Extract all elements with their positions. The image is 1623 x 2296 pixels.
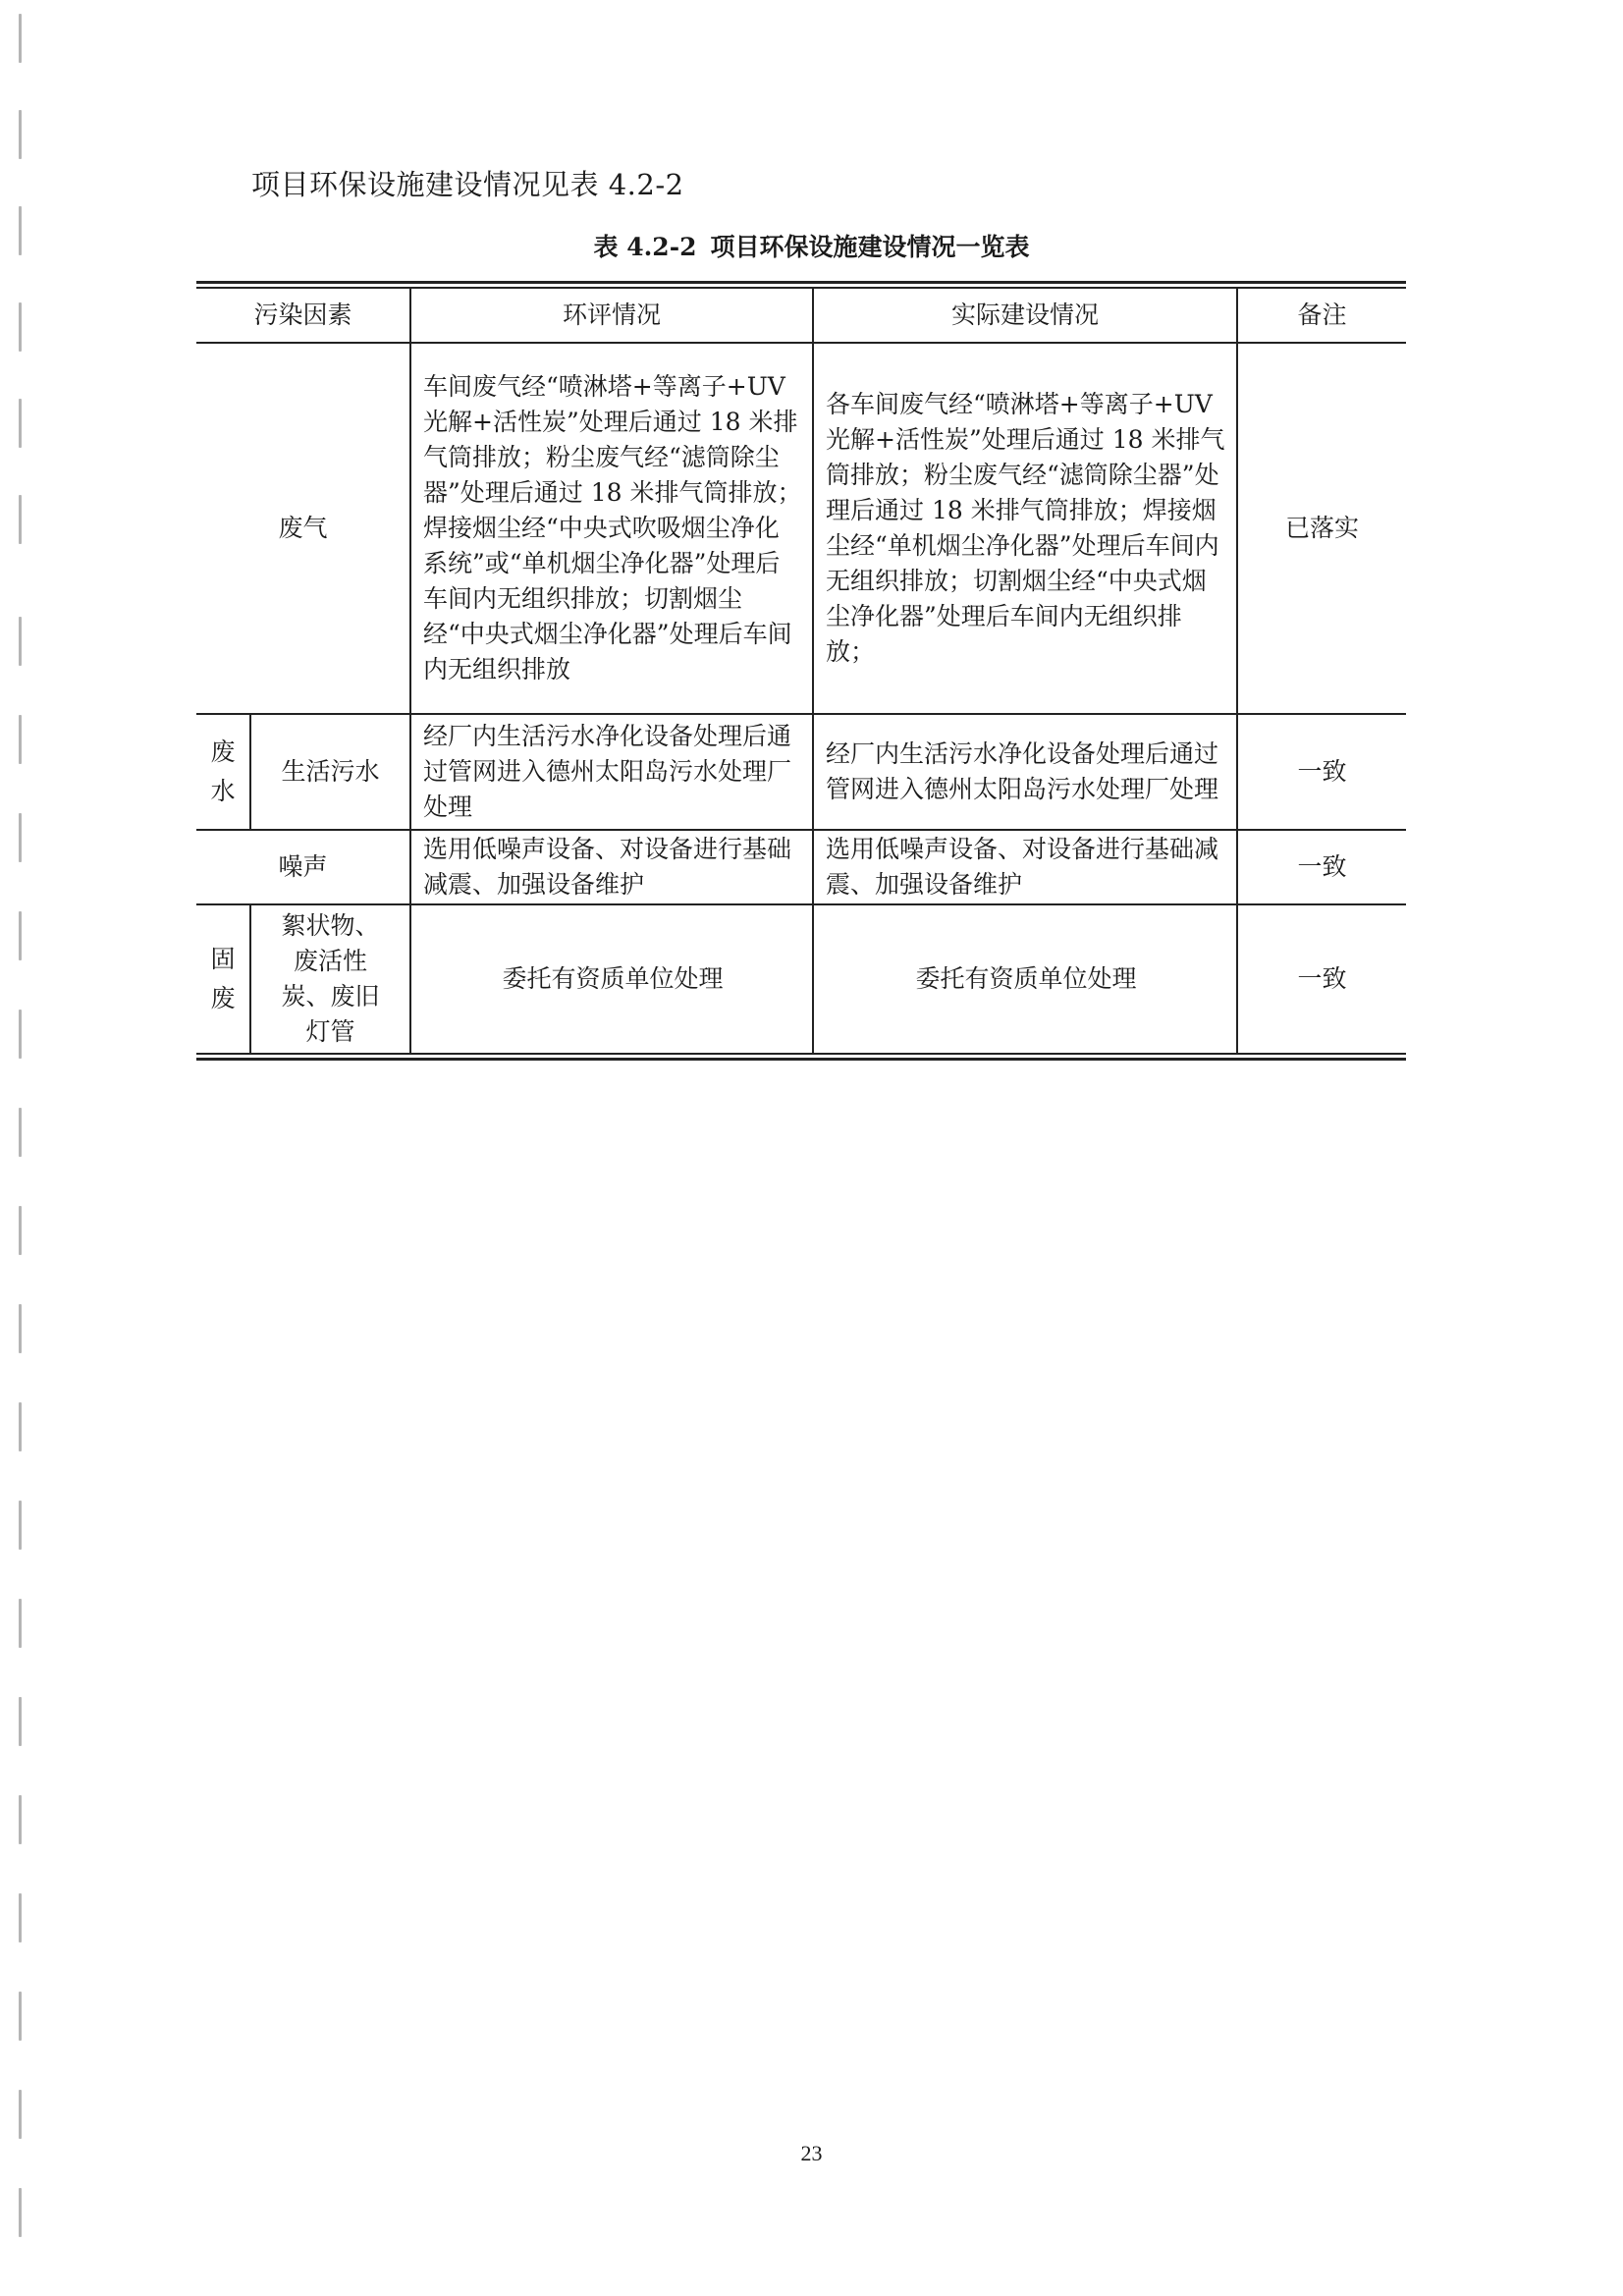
binding-mark xyxy=(19,617,22,666)
header-note: 备注 xyxy=(1237,288,1406,343)
table-row-solid-waste: 固废 絮状物、废活性炭、废旧灯管 委托有资质单位处理 委托有资质单位处理 一致 xyxy=(196,904,1406,1054)
page-number: 23 xyxy=(0,2141,1623,2166)
table-header-row: 污染因素 环评情况 实际建设情况 备注 xyxy=(196,288,1406,343)
note-cell: 一致 xyxy=(1237,714,1406,830)
category-text: 固废 xyxy=(211,940,236,1018)
binding-mark xyxy=(19,1206,22,1255)
binding-mark xyxy=(19,2188,22,2237)
binding-mark xyxy=(19,1304,22,1353)
facilities-table-frame: 污染因素 环评情况 实际建设情况 备注 废气 车间废气经“喷淋塔+等离子+UV … xyxy=(196,281,1406,1061)
binding-mark xyxy=(19,1501,22,1550)
subcategory-cell: 絮状物、废活性炭、废旧灯管 xyxy=(250,904,410,1054)
actual-cell: 选用低噪声设备、对设备进行基础减震、加强设备维护 xyxy=(813,830,1237,904)
binding-mark xyxy=(19,14,22,63)
category-cell: 废气 xyxy=(196,343,410,714)
binding-mark xyxy=(19,399,22,448)
intro-paragraph: 项目环保设施建设情况见表 4.2-2 xyxy=(251,163,684,203)
binding-mark xyxy=(19,1893,22,1942)
category-cell: 固废 xyxy=(196,904,250,1054)
binding-mark xyxy=(19,1697,22,1746)
binding-mark xyxy=(19,1599,22,1648)
binding-mark xyxy=(19,1402,22,1451)
header-pollution-factor: 污染因素 xyxy=(196,288,410,343)
subcategory-text: 絮状物、废活性炭、废旧灯管 xyxy=(279,908,382,1050)
binding-mark xyxy=(19,911,22,960)
binding-mark xyxy=(19,1992,22,2041)
actual-cell: 经厂内生活污水净化设备处理后通过管网进入德州太阳岛污水处理厂处理 xyxy=(813,714,1237,830)
header-actual: 实际建设情况 xyxy=(813,288,1237,343)
actual-cell: 委托有资质单位处理 xyxy=(813,904,1237,1054)
note-cell: 一致 xyxy=(1237,830,1406,904)
table-row-waste-water: 废水 生活污水 经厂内生活污水净化设备处理后通过管网进入德州太阳岛污水处理厂处理… xyxy=(196,714,1406,830)
binding-mark xyxy=(19,1010,22,1059)
binding-mark xyxy=(19,813,22,862)
binding-mark xyxy=(19,110,22,159)
category-text: 废水 xyxy=(211,733,236,811)
binding-mark xyxy=(19,1795,22,1844)
binding-mark xyxy=(19,302,22,352)
eia-cell: 车间废气经“喷淋塔+等离子+UV 光解+活性炭”处理后通过 18 米排气筒排放；… xyxy=(410,343,813,714)
facilities-table: 污染因素 环评情况 实际建设情况 备注 废气 车间废气经“喷淋塔+等离子+UV … xyxy=(196,287,1406,1055)
category-cell: 废水 xyxy=(196,714,250,830)
table-row-noise: 噪声 选用低噪声设备、对设备进行基础减震、加强设备维护 选用低噪声设备、对设备进… xyxy=(196,830,1406,904)
table-number: 表 4.2-2 xyxy=(594,233,697,261)
actual-cell: 各车间废气经“喷淋塔+等离子+UV 光解+活性炭”处理后通过 18 米排气筒排放… xyxy=(813,343,1237,714)
binding-mark xyxy=(19,715,22,764)
binding-mark xyxy=(19,495,22,544)
note-cell: 已落实 xyxy=(1237,343,1406,714)
binding-mark xyxy=(19,2090,22,2139)
table-title: 项目环保设施建设情况一览表 xyxy=(710,233,1029,261)
eia-cell: 选用低噪声设备、对设备进行基础减震、加强设备维护 xyxy=(410,830,813,904)
subcategory-cell: 生活污水 xyxy=(250,714,410,830)
category-cell: 噪声 xyxy=(196,830,410,904)
eia-cell: 委托有资质单位处理 xyxy=(410,904,813,1054)
note-cell: 一致 xyxy=(1237,904,1406,1054)
table-row-waste-gas: 废气 车间废气经“喷淋塔+等离子+UV 光解+活性炭”处理后通过 18 米排气筒… xyxy=(196,343,1406,714)
eia-cell: 经厂内生活污水净化设备处理后通过管网进入德州太阳岛污水处理厂处理 xyxy=(410,714,813,830)
header-eia: 环评情况 xyxy=(410,288,813,343)
binding-mark xyxy=(19,1108,22,1157)
table-caption: 表 4.2-2项目环保设施建设情况一览表 xyxy=(0,228,1623,263)
